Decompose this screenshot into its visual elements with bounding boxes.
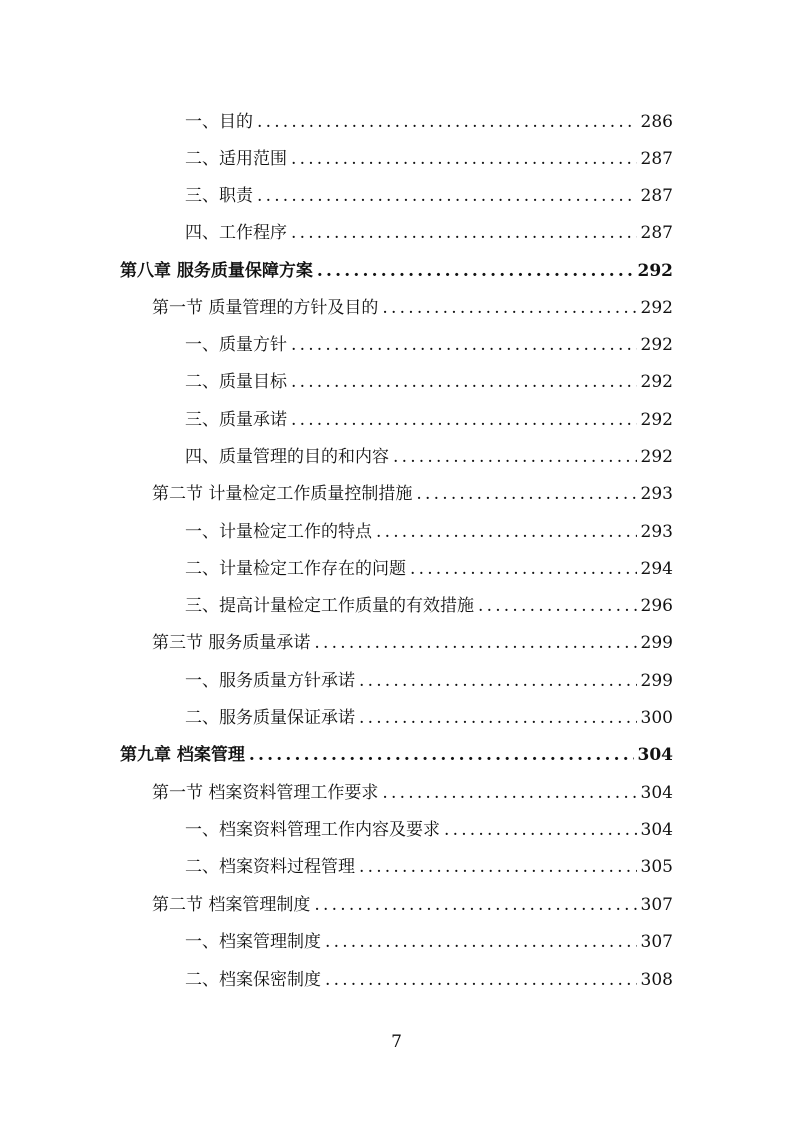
dot-leader [257,112,637,132]
toc-entry-label: 二、服务质量保证承诺 [185,703,355,728]
toc-entry-page: 304 [638,745,674,765]
toc-section[interactable]: 第一节 档案资料管理工作要求304 [152,778,673,802]
dot-leader [314,633,636,653]
toc-entry-label: 四、工作程序 [185,218,287,243]
toc-entry[interactable]: 三、质量承诺292 [185,405,673,429]
toc-entry-label: 一、档案管理制度 [185,927,321,952]
toc-entry-label: 一、质量方针 [185,330,287,355]
dot-leader [444,820,637,840]
dot-leader [325,970,637,990]
dot-leader [291,223,637,243]
toc-entry-page: 292 [638,261,674,281]
toc-entry-page: 286 [641,112,673,132]
toc-entry[interactable]: 一、档案管理制度307 [185,927,673,951]
toc-entry-label: 第一节 质量管理的方针及目的 [152,293,378,318]
dot-leader [376,522,637,542]
toc-entry-label: 一、目的 [185,107,253,132]
toc-entry-page: 307 [641,932,673,952]
toc-entry-label: 二、适用范围 [185,144,287,169]
toc-entry[interactable]: 三、职责287 [185,181,673,205]
dot-leader [325,932,637,952]
dot-leader [257,186,637,206]
toc-entry[interactable]: 一、计量检定工作的特点293 [185,517,673,541]
toc-entry-page: 293 [641,522,673,542]
toc-entry-label: 第一节 档案资料管理工作要求 [152,778,378,803]
toc-entry-label: 三、职责 [185,181,253,206]
toc-entry[interactable]: 一、服务质量方针承诺299 [185,666,673,690]
toc-entry[interactable]: 四、工作程序287 [185,218,673,242]
toc-entry-label: 第九章 档案管理 [120,740,245,765]
toc-entry[interactable]: 二、档案保密制度308 [185,965,673,989]
toc-entry[interactable]: 二、质量目标292 [185,367,673,391]
toc-entry[interactable]: 一、质量方针292 [185,330,673,354]
toc-entry-label: 第三节 服务质量承诺 [152,628,310,653]
toc-entry-label: 二、档案保密制度 [185,965,321,990]
toc-entry-label: 一、服务质量方针承诺 [185,666,355,691]
toc-entry-page: 287 [641,186,673,206]
dot-leader [382,298,636,318]
dot-leader [359,671,637,691]
toc-entry-label: 二、计量检定工作存在的问题 [185,554,406,579]
toc-entry-page: 292 [641,335,673,355]
toc-entry[interactable]: 二、适用范围287 [185,144,673,168]
toc-entry-page: 304 [641,820,673,840]
toc-entry-label: 三、提高计量检定工作质量的有效措施 [185,591,474,616]
dot-leader [359,708,637,728]
toc-entry-label: 第八章 服务质量保障方案 [120,256,313,281]
toc-entry-page: 308 [641,970,673,990]
toc-entry-label: 第二节 档案管理制度 [152,890,310,915]
toc-entry-label: 一、档案资料管理工作内容及要求 [185,815,440,840]
toc-entry-page: 292 [641,372,673,392]
toc-entry-page: 300 [641,708,673,728]
toc-entry[interactable]: 二、计量检定工作存在的问题294 [185,554,673,578]
toc-entry[interactable]: 一、档案资料管理工作内容及要求304 [185,815,673,839]
dot-leader [416,484,636,504]
toc-entry[interactable]: 四、质量管理的目的和内容292 [185,442,673,466]
dot-leader [410,559,637,579]
toc-entry[interactable]: 二、服务质量保证承诺300 [185,703,673,727]
toc-entry-label: 第二节 计量检定工作质量控制措施 [152,479,412,504]
dot-leader [317,261,634,281]
toc-entry-page: 307 [641,895,673,915]
toc-entry-page: 299 [641,671,673,691]
toc-entry-page: 287 [641,223,673,243]
toc-entry[interactable]: 三、提高计量检定工作质量的有效措施296 [185,591,673,615]
toc-section[interactable]: 第二节 档案管理制度307 [152,890,673,914]
dot-leader [249,745,634,765]
toc-entry-page: 287 [641,149,673,169]
dot-leader [291,335,637,355]
toc-chapter[interactable]: 第八章 服务质量保障方案292 [120,256,673,280]
toc-entry-label: 四、质量管理的目的和内容 [185,442,389,467]
toc-entry-label: 三、质量承诺 [185,405,287,430]
toc-entry-page: 292 [641,410,673,430]
dot-leader [291,410,637,430]
dot-leader [291,149,637,169]
page-number: 7 [0,1032,793,1052]
toc-entry-page: 293 [641,484,673,504]
dot-leader [314,895,636,915]
toc-section[interactable]: 第二节 计量检定工作质量控制措施293 [152,479,673,503]
toc-entry-page: 292 [641,447,673,467]
toc-entry-page: 296 [641,596,673,616]
dot-leader [291,372,637,392]
toc-entry-label: 二、质量目标 [185,367,287,392]
toc-entry-page: 294 [641,559,673,579]
toc-entry-label: 二、档案资料过程管理 [185,852,355,877]
dot-leader [382,783,636,803]
dot-leader [393,447,637,467]
dot-leader [478,596,637,616]
dot-leader [359,857,637,877]
toc-entry-label: 一、计量检定工作的特点 [185,517,372,542]
toc-entry[interactable]: 二、档案资料过程管理305 [185,852,673,876]
toc-entry-page: 305 [641,857,673,877]
toc-chapter[interactable]: 第九章 档案管理304 [120,740,673,764]
toc-section[interactable]: 第一节 质量管理的方针及目的292 [152,293,673,317]
toc-entry-page: 304 [641,783,673,803]
toc-entry-page: 299 [641,633,673,653]
toc-entry[interactable]: 一、目的286 [185,107,673,131]
toc-section[interactable]: 第三节 服务质量承诺299 [152,628,673,652]
toc-entry-page: 292 [641,298,673,318]
